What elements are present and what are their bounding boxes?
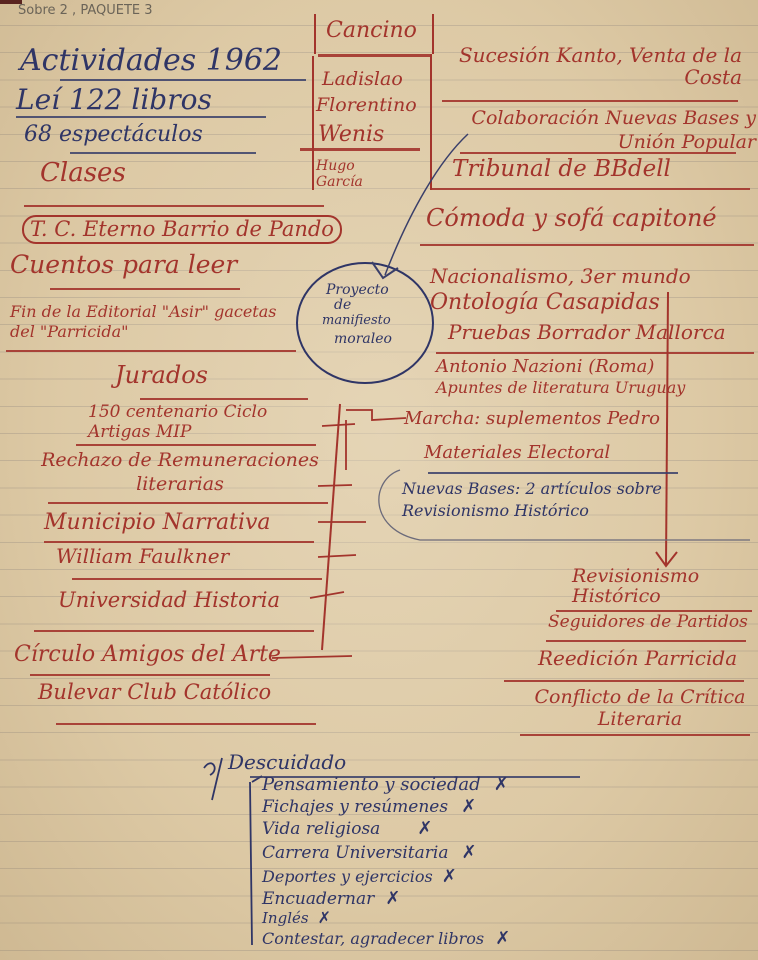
item-tribunal: Tribunal de BBdell [452,158,671,181]
item-pruebas: Pruebas Borrador Mallorca [448,322,726,342]
item-ontologia: Ontología Casapidas [430,292,660,314]
cross-mark-icon: ✗ [462,842,477,863]
underline [428,472,678,474]
list-item: Inglés ✗ [262,908,510,928]
item-materiales: Materiales Electoral [424,444,610,462]
underline [504,680,744,682]
item-nuevas-bases: Nuevas Bases: 2 artículos sobre Revision… [402,478,752,522]
item-reedicion: Reedición Parricida [538,648,737,668]
item-comoda: Cómoda y sofá capitoné [426,206,717,230]
underline [520,734,750,736]
item-conflicto: Conflicto de la Crítica Literaria [530,686,750,730]
cross-mark-icon: ✗ [495,928,510,949]
list-item: Pensamiento y sociedad ✗ [262,774,510,796]
cross-mark-icon: ✗ [318,908,331,927]
item-revisionismo: Revisionismo Histórico [572,566,758,606]
bottom-list: Pensamiento y sociedad ✗ Fichajes y resú… [262,774,510,950]
underline [546,640,746,642]
item-colaboracion: Colaboración Nuevas Bases y Unión Popula… [436,106,756,154]
underline [436,352,754,354]
item-nacionalismo: Nacionalismo, 3er mundo [430,266,691,286]
bottom-list-header: Descuidado [228,752,346,772]
list-item: Encuadernar ✗ [262,888,510,908]
cross-mark-icon: ✗ [461,796,476,817]
item-antonio: Antonio Nazioni (Roma) [436,358,654,376]
item-apuntes: Apuntes de literatura Uruguay [436,380,685,396]
list-item: Carrera Universitaria ✗ [262,842,510,866]
cross-mark-icon: ✗ [494,774,509,795]
list-item: Vida religiosa ✗ [262,818,510,842]
list-item: Contestar, agradecer libros ✗ [262,928,510,950]
list-item: Fichajes y resúmenes ✗ [262,796,510,818]
notebook-page: Sobre 2 , PAQUETE 3 Actividades 1962 Leí… [0,0,758,960]
underline [420,244,754,246]
underline [442,100,738,102]
underline [460,152,736,154]
item-marcha: Marcha: suplementos Pedro [404,410,660,428]
item-seguidores: Seguidores de Partidos [548,614,748,631]
list-item: Deportes y ejercicios ✗ [262,866,510,888]
cross-mark-icon: ✗ [417,818,432,839]
cross-mark-icon: ✗ [385,888,400,909]
item-sucesion: Sucesión Kanto, Venta de la Costa [452,44,742,88]
cross-mark-icon: ✗ [442,866,457,887]
